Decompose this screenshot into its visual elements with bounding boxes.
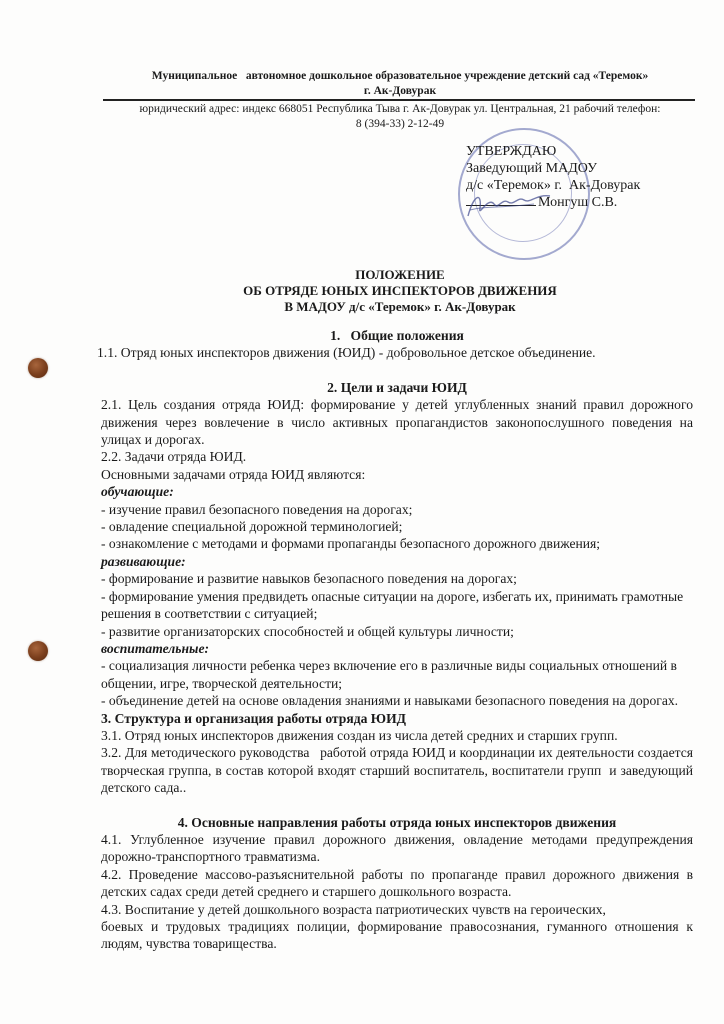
list-item: - объединение детей на основе овладения …	[101, 692, 693, 709]
document-title: ПОЛОЖЕНИЕ ОБ ОТРЯДЕ ЮНЫХ ИНСПЕКТОРОВ ДВИ…	[100, 267, 700, 315]
section-4-heading: 4. Основные направления работы отряда юн…	[101, 814, 693, 831]
approval-position: Заведующий МАДОУ	[466, 160, 640, 177]
category-educational: обучающие:	[101, 483, 693, 500]
section-3-paragraph-1: 3.1. Отряд юных инспекторов движения соз…	[101, 727, 693, 744]
approval-title: УТВЕРЖДАЮ	[466, 143, 640, 160]
punch-hole-bottom	[28, 641, 48, 661]
list-item: - овладение специальной дорожной термино…	[101, 518, 693, 535]
section-2-heading: 2. Цели и задачи ЮИД	[101, 379, 693, 396]
section-1-paragraph-1: 1.1. Отряд юных инспекторов движения (ЮИ…	[97, 344, 693, 361]
section-1-heading: 1. Общие положения	[101, 327, 693, 344]
section-2-paragraph-2: 2.2. Задачи отряда ЮИД.	[101, 448, 693, 465]
list-item: - развитие организаторских способностей …	[101, 623, 693, 640]
section-3-paragraph-2: 3.2. Для методического руководства работ…	[101, 744, 693, 796]
title-line1: ПОЛОЖЕНИЕ	[100, 267, 700, 283]
category-developmental: развивающие:	[101, 553, 693, 570]
section-2-paragraph-1: 2.1. Цель создания отряда ЮИД: формирова…	[101, 396, 693, 448]
organization-header: Муниципальное автономное дошкольное обра…	[100, 69, 700, 99]
title-line3: В МАДОУ д/с «Теремок» г. Ак-Довурак	[100, 299, 700, 315]
org-name-line2: г. Ак-Довурак	[100, 84, 700, 99]
address-line1: юридический адрес: индекс 668051 Республ…	[100, 102, 700, 117]
organization-address: юридический адрес: индекс 668051 Республ…	[100, 102, 700, 132]
list-item: - формирование и развитие навыков безопа…	[101, 570, 693, 587]
document-body: 1. Общие положения 1.1. Отряд юных инспе…	[101, 327, 693, 953]
title-line2: ОБ ОТРЯДЕ ЮНЫХ ИНСПЕКТОРОВ ДВИЖЕНИЯ	[100, 283, 700, 299]
section-2-paragraph-3: Основными задачами отряда ЮИД являются:	[101, 466, 693, 483]
list-item: - социализация личности ребенка через вк…	[101, 657, 693, 692]
org-name-line1: Муниципальное автономное дошкольное обра…	[100, 69, 700, 84]
section-4-paragraph-2: 4.2. Проведение массово-разъяснительной …	[101, 866, 693, 901]
section-4-paragraph-1: 4.1. Углубленное изучение правил дорожно…	[101, 831, 693, 866]
signature-icon	[464, 186, 554, 222]
list-item: - формирование умения предвидеть опасные…	[101, 588, 693, 623]
section-4-paragraph-3-line1: 4.3. Воспитание у детей дошкольного возр…	[101, 901, 693, 918]
section-3-heading: 3. Структура и организация работы отряда…	[101, 710, 693, 727]
category-upbringing: воспитательные:	[101, 640, 693, 657]
list-item: - ознакомление с методами и формами проп…	[101, 535, 693, 552]
address-line2: 8 (394-33) 2-12-49	[100, 117, 700, 132]
header-divider	[103, 99, 695, 101]
punch-hole-top	[28, 358, 48, 378]
section-4-paragraph-3-rest: боевых и трудовых традициях полиции, фор…	[101, 918, 693, 953]
document-page: Муниципальное автономное дошкольное обра…	[0, 0, 724, 1024]
list-item: - изучение правил безопасного поведения …	[101, 501, 693, 518]
